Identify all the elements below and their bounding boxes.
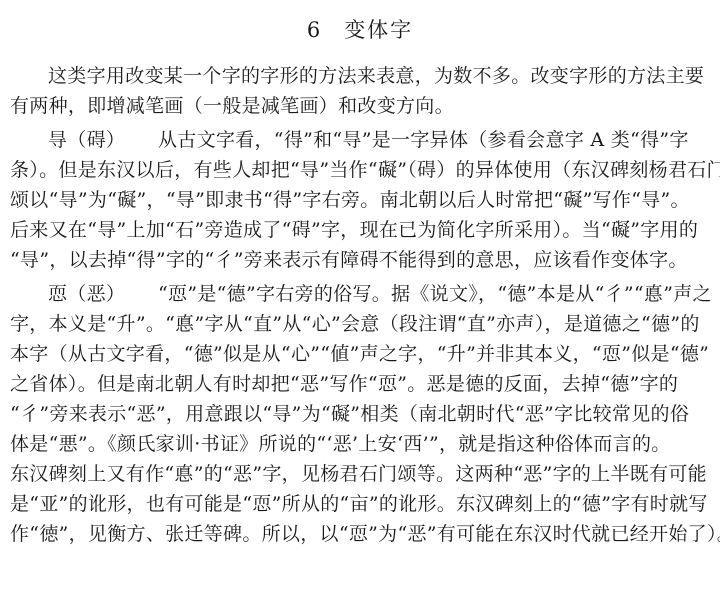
entry-e-line-1: 恧（恶）“恧”是“德”字右旁的俗写。据《说文》，“德”本是从“彳”“悳”声之 xyxy=(48,282,700,306)
entry-e-line-4: 之省体）。但是南北朝人有时却把“恶”写作“恧”。恶是德的反面，去掉“德”字的 xyxy=(10,372,700,396)
entry-dei-text: 从古文字看，“得”和“㝵”是一字异体（参看会意字 A 类“得”字 xyxy=(158,129,689,151)
entry-e-line-7: 东汉碑刻上又有作“悳”的“恶”字，见杨君石门颂等。这两种“恶”字的上半既有可能 xyxy=(10,462,700,486)
entry-head-dei: 㝵（碍） xyxy=(48,128,158,152)
entry-head-e: 恧（恶） xyxy=(48,282,158,306)
document-page: 6变体字 这类字用改变某一个字的字形的方法来表意，为数不多。改变字形的方法主要 … xyxy=(0,0,720,600)
entry-dei-line-2: 条）。但是东汉以后，有些人却把“㝵”当作“礙”（碍）的异体使用（东汉碑刻杨君石门 xyxy=(10,158,700,182)
paragraph-intro-line-1: 这类字用改变某一个字的字形的方法来表意，为数不多。改变字形的方法主要 xyxy=(48,64,700,88)
entry-e-line-2: 字，本义是“升”。“悳”字从“直”从“心”会意（段注谓“直”亦声），是道德之“德… xyxy=(10,312,700,336)
entry-dei-line-5: “㝵”，以去掉“得”字的“彳”旁来表示有障碍不能得到的意思，应该看作变体字。 xyxy=(10,248,700,272)
section-title-text: 变体字 xyxy=(344,18,413,42)
entry-dei-line-1: 㝵（碍）从古文字看，“得”和“㝵”是一字异体（参看会意字 A 类“得”字 xyxy=(48,128,700,152)
entry-e-line-6: 体是“悪”。《颜氏家训·书证》所说的“‘恶’上安‘西’”，就是指这种俗体而言的。 xyxy=(10,432,700,456)
entry-dei-line-3: 颂以“㝵”为“礙”，“㝵”即隶书“得”字右旁。南北朝以后人时常把“礙”写作“㝵”… xyxy=(10,188,700,212)
entry-dei-line-4: 后来又在“㝵”上加“石”旁造成了“碍”字，现在已为简化字所采用）。当“礙”字用的 xyxy=(10,218,700,242)
section-title: 6变体字 xyxy=(0,14,720,44)
entry-e-line-5: “彳”旁来表示“恶”，用意跟以“㝵”为“礙”相类（南北朝时代“恶”字比较常见的俗 xyxy=(10,402,700,426)
section-number: 6 xyxy=(307,18,322,42)
entry-e-line-8: 是“亚”的讹形，也有可能是“恧”所从的“亩”的讹形。东汉碑刻上的“德”字有时就写 xyxy=(10,492,700,516)
entry-e-text: “恧”是“德”字右旁的俗写。据《说文》，“德”本是从“彳”“悳”声之 xyxy=(158,283,712,305)
paragraph-intro-line-2: 有两种，即增减笔画（一般是减笔画）和改变方向。 xyxy=(10,94,700,118)
entry-e-line-3: 本字（从古文字看，“德”似是从“心”“値”声之字，“升”并非其本义，“恧”似是“… xyxy=(10,342,700,366)
entry-e-line-9: 作“徳”，见衡方、张迁等碑。所以，以“恧”为“恶”有可能在东汉时代就已经开始了）… xyxy=(10,522,700,546)
